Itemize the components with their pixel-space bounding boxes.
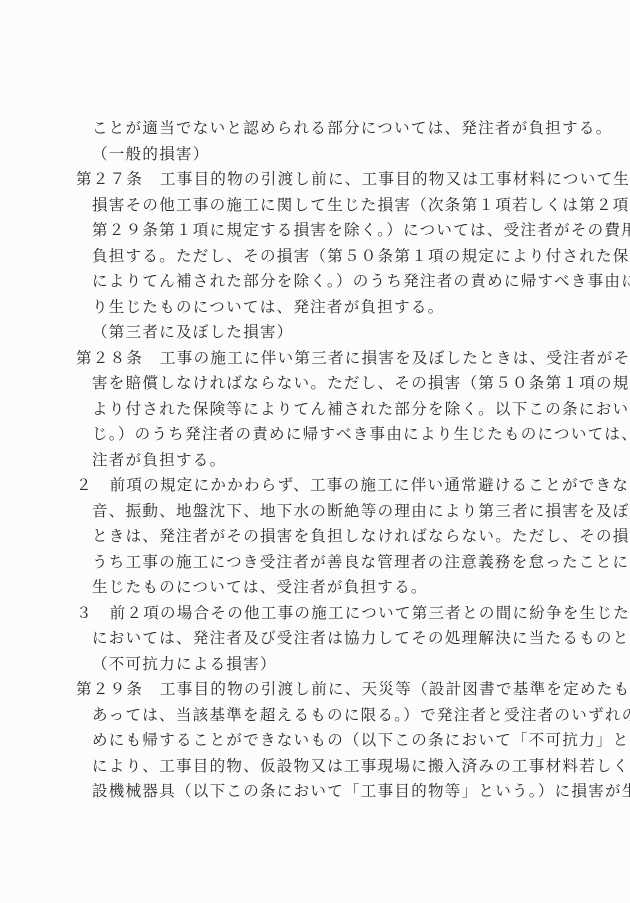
text-line: 損害その他工事の施工に関して生じた損害（次条第１項若しくは第２項又は	[92, 194, 630, 216]
text-line: じ。）のうち発注者の責めに帰すべき事由により生じたものについては、発	[92, 423, 630, 445]
document-page: ことが適当でないと認められる部分については、発注者が負担する。 （一般的損害） …	[0, 0, 630, 903]
text-line: より付された保険等によりてん補された部分を除く。以下この条において同	[92, 398, 630, 420]
text-line: ことが適当でないと認められる部分については、発注者が負担する。	[92, 117, 613, 139]
text-line: めにも帰することができないもの（以下この条において「不可抗力」という。）	[92, 729, 630, 751]
text-line: 生じたものについては、受注者が負担する。	[92, 576, 428, 598]
paragraph-line: ３ 前２項の場合その他工事の施工について第三者との間に紛争を生じた場合	[76, 602, 630, 624]
text-line: 第２９条第１項に規定する損害を除く。）については、受注者がその費用を	[92, 219, 630, 241]
text-line: うち工事の施工につき受注者が善良な管理者の注意義務を怠ったことにより	[92, 551, 630, 573]
text-line: によりてん補された部分を除く。）のうち発注者の責めに帰すべき事由によ	[92, 270, 630, 292]
text-line: あっては、当該基準を超えるものに限る。）で発注者と受注者のいずれの責	[92, 704, 630, 726]
text-line: 注者が負担する。	[92, 449, 226, 471]
paragraph-line: ２ 前項の規定にかかわらず、工事の施工に伴い通常避けることができない騒	[76, 474, 630, 496]
article-line: 第２７条 工事目的物の引渡し前に、工事目的物又は工事材料について生じた	[76, 168, 630, 190]
text-line: により、工事目的物、仮設物又は工事現場に搬入済みの工事材料若しくは建	[92, 755, 630, 777]
text-line: においては、発注者及び受注者は協力してその処理解決に当たるものとする。	[92, 627, 630, 649]
article-line: 第２８条 工事の施工に伴い第三者に損害を及ぼしたときは、受注者がその損	[76, 347, 630, 369]
text-line: 負担する。ただし、その損害（第５０条第１項の規定により付された保険等	[92, 245, 630, 267]
text-line: り生じたものについては、発注者が負担する。	[92, 296, 445, 318]
text-line: ときは、発注者がその損害を負担しなければならない。ただし、その損害の	[92, 525, 630, 547]
section-heading: （一般的損害）	[92, 143, 210, 165]
text-line: 設機械器具（以下この条において「工事目的物等」という。）に損害が生じ	[92, 780, 630, 802]
text-line: 害を賠償しなければならない。ただし、その損害（第５０条第１項の規定に	[92, 372, 630, 394]
section-heading: （第三者に及ぼした損害）	[92, 321, 294, 343]
article-line: 第２９条 工事目的物の引渡し前に、天災等（設計図書で基準を定めたものに	[76, 678, 630, 700]
section-heading: （不可抗力による損害）	[92, 653, 277, 675]
text-line: 音、振動、地盤沈下、地下水の断絶等の理由により第三者に損害を及ぼした	[92, 500, 630, 522]
